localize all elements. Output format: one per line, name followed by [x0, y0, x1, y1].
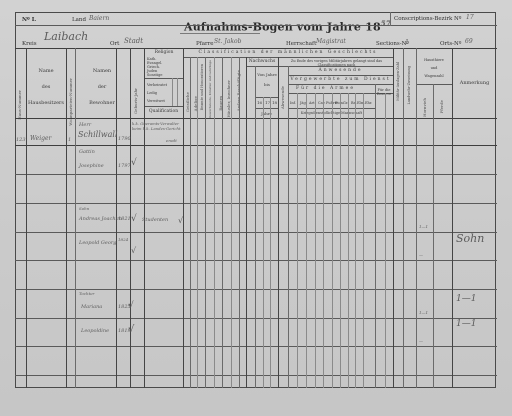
col-line — [403, 48, 404, 388]
col-line — [246, 57, 247, 388]
header-hausbesitzer-2: des — [26, 84, 66, 90]
row7-bewohner: Mariana — [81, 304, 102, 310]
col-line — [239, 57, 240, 388]
herrschaft-value: Magistrat — [316, 39, 346, 45]
col-line — [270, 97, 271, 388]
religion-item: Sonstige — [147, 73, 162, 77]
col-line — [363, 93, 364, 388]
header-qualification: Qualification — [144, 109, 183, 114]
col-line — [375, 84, 376, 388]
row-line — [15, 203, 497, 204]
row1-qualification: k.k. Oberamts-Verwalter beim k.k. Landes… — [132, 121, 182, 131]
title-underline — [180, 33, 260, 34]
header-hausnummer: Haus-Nummer — [17, 90, 22, 120]
col-line — [452, 48, 453, 388]
header-fuer-armee: Für die Armee — [288, 86, 363, 91]
row-line — [15, 260, 497, 261]
header-bewohner-2: der — [76, 84, 128, 90]
orts-value: 69 — [465, 39, 473, 45]
col-line — [297, 93, 298, 388]
col-line — [263, 97, 264, 388]
row4-qualification: Studenten — [142, 217, 168, 223]
col-line — [393, 48, 394, 388]
religion-items: Kath. Evangel. Griech. Juden Sonstige — [147, 57, 162, 77]
herrschaft-label: Herrschaft — [286, 41, 316, 47]
conscriptions-label: Conscriptions-Bezirk Nº — [394, 16, 461, 22]
row-line — [15, 289, 497, 290]
checkmark-icon: √ — [128, 324, 134, 335]
row8-bewohner: Leopoldine — [81, 328, 109, 334]
row5-bewohner: Leopold Georg — [79, 240, 116, 246]
header-anmerkung: Anmerkung — [452, 80, 497, 86]
col-line — [433, 84, 434, 388]
orts-label: Orts-Nº — [440, 41, 461, 47]
header-hausthiere: Hausthiere und Wagenzahl — [416, 56, 452, 80]
form-title-text: Aufnahms-Bogen vom Jahre 18 — [184, 21, 381, 34]
checkmark-icon: √ — [178, 216, 183, 225]
row7-anmerkung: 1—1 — [456, 296, 476, 302]
nachwuchs-footer: Jahre — [255, 111, 278, 116]
row5-anmerkung: Sohn — [456, 236, 484, 242]
stand-items: Verheiratet Ledig Verwitwet — [147, 81, 167, 105]
zu-ende-divider — [278, 66, 393, 67]
row-line — [15, 174, 497, 175]
nachwuchs-footer-divider — [255, 108, 278, 109]
row1-mark: eradt — [166, 138, 177, 144]
header-hausbesitzer: Name des Hausbesitzers — [26, 68, 66, 106]
row-line — [15, 232, 497, 233]
col-line — [183, 48, 184, 388]
land-value: Baiern — [89, 16, 109, 22]
pfarre-value: St. Jakob — [214, 39, 241, 45]
header-bewohner-3: Bewohner — [76, 100, 128, 106]
col-line — [332, 93, 333, 388]
hausthiere-title-3: Wagenzahl — [416, 72, 452, 80]
checkmark-icon: √ — [131, 158, 137, 168]
bis-label: bis — [256, 82, 278, 87]
row8-classification-mark: — — [419, 338, 423, 344]
header-bewohner-1: Namen — [76, 68, 128, 74]
armee-col: Ehr. — [365, 100, 372, 106]
armee-col: Inf. — [290, 100, 296, 106]
armee-col: Cav. — [318, 100, 325, 106]
stand-divider-2 — [177, 78, 178, 106]
sections-value: 1 — [405, 40, 409, 46]
census-form-page: Nº I. Land Baiern Aufnahms-Bogen vom Jah… — [0, 0, 512, 416]
kreis-value: Laibach — [44, 34, 88, 40]
row4-classification-mark: 1—1 — [419, 224, 428, 230]
col-line — [205, 57, 206, 388]
form-number: Nº I. — [22, 17, 36, 23]
row4-jahr: 1821 — [118, 216, 131, 222]
class-col-header: Beamte und Honoratioren — [200, 64, 204, 110]
header-fuer-reserve: Für die Reserve — [375, 88, 393, 96]
row1-bewohner: Schillwall — [78, 132, 118, 138]
row5-classification-mark: — — [419, 252, 423, 258]
header-bottom — [15, 118, 497, 119]
header-classification: Classification der männlichen Geschlecht… — [183, 50, 393, 55]
stand-item: Verwitwet — [147, 97, 167, 105]
row-line — [15, 375, 497, 376]
hausthiere-col: Pferde — [439, 100, 444, 113]
header-nachwuchs: Nachwuchs — [246, 59, 278, 64]
row7-classification-mark: 1—1 — [419, 310, 428, 316]
col-line — [355, 93, 356, 388]
header-verzeichnis: Vergewerbte zum Dienst — [288, 77, 393, 82]
col-line — [348, 93, 349, 388]
col-line — [231, 57, 232, 388]
conscriptions-box-divider — [390, 12, 391, 26]
header-divider-2 — [15, 48, 497, 49]
col-line — [315, 93, 316, 388]
row2-jahr: 1797 — [118, 163, 131, 169]
hausthiere-col: Hornvieh — [422, 98, 427, 117]
nachwuchs-col: 18 — [272, 100, 277, 106]
col-line — [197, 57, 198, 388]
row1-hausbesitzer: Weiger — [30, 136, 51, 142]
ort-label: Ort — [110, 41, 119, 47]
header-abwesende: Abwesende — [280, 86, 285, 109]
col-line — [190, 57, 191, 388]
header-hausbesitzer-1: Name — [26, 68, 66, 74]
land-label: Land — [72, 17, 86, 23]
col-line — [278, 57, 279, 388]
conscriptions-value: 17 — [466, 15, 474, 21]
verzeichnis-divider — [288, 84, 393, 85]
qualification-divider — [144, 106, 183, 107]
row1-partei: 1 — [68, 137, 71, 143]
pfarre-label: Pfarre — [196, 41, 214, 47]
checkmark-icon: √ — [128, 301, 134, 311]
header-geburtsjahr: Geburts-Jahr — [133, 88, 138, 114]
ort-value: Stadt — [124, 38, 143, 44]
hausthiere-divider — [416, 84, 452, 85]
hausthiere-title-1: Hausthiere — [416, 56, 452, 64]
checkmark-icon: √ — [131, 246, 136, 255]
von-jahre-label: Von Jahre — [256, 72, 278, 77]
col-line — [323, 93, 324, 388]
checkmark-icon: √ — [131, 214, 137, 224]
row4-bewohner: Andreas Joachim — [79, 216, 122, 222]
row1-jahr: 1790 — [118, 136, 131, 142]
header-religion: Religion — [145, 50, 183, 55]
col-line — [222, 57, 223, 388]
row1-hausnummer: 123 — [16, 137, 26, 143]
row7-title: Tochter — [79, 291, 94, 297]
col-line — [75, 48, 76, 388]
col-line — [214, 57, 215, 388]
row-line — [15, 145, 497, 146]
col-line — [385, 93, 386, 388]
nachwuchs-col: 16 — [257, 100, 262, 106]
row-line — [15, 346, 497, 347]
header-von-jahre: Von Jahre bis — [256, 72, 278, 87]
nachwuchs-cols-divider — [255, 97, 278, 98]
header-divider-1 — [15, 25, 497, 26]
header-militaer: Militär-Auslagen-Zahl — [396, 62, 400, 101]
stand-item: Ledig — [147, 89, 167, 97]
row1-title: Herr — [79, 122, 91, 128]
row4-title: Sohn — [79, 206, 89, 212]
row2-bewohner: Josephine — [79, 163, 104, 169]
nachwuchs-divider — [246, 66, 278, 67]
anwesende-divider — [288, 75, 393, 76]
col-line — [416, 48, 417, 388]
col-line — [66, 48, 67, 388]
header-anwesende: Anwesende — [288, 68, 393, 73]
col-line — [288, 66, 289, 388]
header-landwehr: Landwehr-Zuweisung — [407, 66, 411, 105]
header-hausbesitzer-3: Hausbesitzers — [26, 100, 66, 106]
row5-jahr: 1824 — [118, 236, 128, 244]
col-line — [306, 93, 307, 388]
stand-divider-1 — [172, 78, 173, 106]
col-line — [26, 48, 27, 388]
col-line — [255, 66, 256, 388]
header-bewohner: Namen der Bewohner — [76, 68, 128, 106]
hausthiere-title-2: und — [416, 64, 452, 72]
stand-item: Verheiratet — [147, 81, 167, 89]
row8-anmerkung: 1—1 — [456, 321, 476, 327]
kreis-label: Kreis — [22, 41, 37, 47]
row-line — [15, 318, 497, 319]
class-col-header: Gewerbsleute, Künstler und Lehrlinge — [208, 60, 212, 118]
row2-title: Gattin — [79, 149, 95, 155]
col-line — [340, 93, 341, 388]
